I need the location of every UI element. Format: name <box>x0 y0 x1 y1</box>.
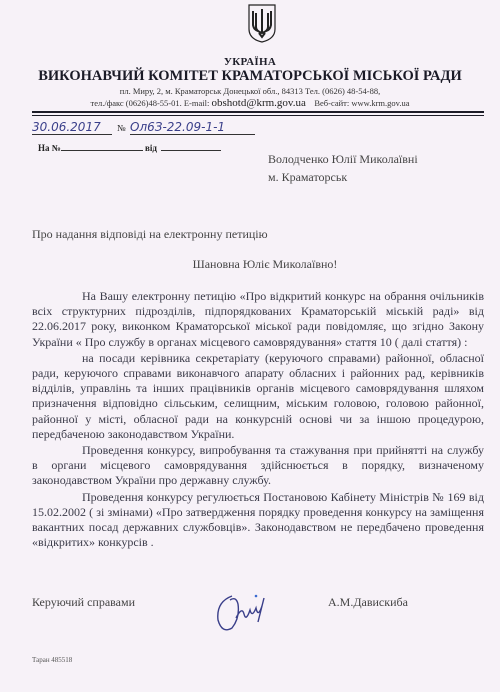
letter-page: УКРАЇНА ВИКОНАВЧИЙ КОМІТЕТ КРАМАТОРСЬКОЇ… <box>0 0 500 692</box>
website-link[interactable]: Веб-сайт: www.krm.gov.ua <box>314 98 409 108</box>
reference-from-label: від <box>145 143 157 153</box>
letter-subject: Про надання відповіді на електронну пети… <box>32 227 268 242</box>
signatory-name: А.М.Давискиба <box>328 595 408 610</box>
executor-note: Таран 485518 <box>32 656 72 664</box>
organization-contacts: тел./факс (0626)48-55-01. E-mail: obshot… <box>0 97 500 109</box>
signatory-title: Керуючий справами <box>32 595 135 610</box>
email-link[interactable]: obshotd@krm.gov.ua <box>212 97 306 109</box>
body-paragraph: Проведення конкурсу, випробування та ста… <box>32 443 484 489</box>
recipient-name: Володченко Юлії Миколаївні <box>268 150 418 168</box>
registration-date: 30.06.2017 <box>32 120 112 135</box>
reference-number-label: На № <box>38 143 61 153</box>
trident-coat-of-arms-icon <box>247 3 277 43</box>
registration-number-label: № <box>117 123 126 133</box>
organization-heading: ВИКОНАВЧИЙ КОМІТЕТ КРАМАТОРСЬКОЇ МІСЬКОЇ… <box>0 68 500 85</box>
reference-line: На № від <box>38 142 221 153</box>
reference-date-blank <box>161 142 221 151</box>
body-paragraph: На Вашу електронну петицію «Про відкрити… <box>32 289 484 350</box>
organization-address: пл. Миру, 2, м. Краматорськ Донецької об… <box>0 86 500 96</box>
registration-number: Ол6З-22.09-1-1 <box>130 120 255 135</box>
body-paragraph: Проведення конкурсу регулюється Постанов… <box>32 490 484 551</box>
header-rule-thick <box>32 111 484 113</box>
reference-number-blank <box>61 142 143 151</box>
recipient-block: Володченко Юлії Миколаївні м. Краматорсь… <box>268 150 418 186</box>
body-paragraph: на посади керівника секретаріату (керуюч… <box>32 351 484 442</box>
letter-body: На Вашу електронну петицію «Про відкрити… <box>32 289 484 550</box>
fax-label: тел./факс (0626)48-55-01. E-mail: <box>90 98 211 108</box>
handwritten-signature-icon <box>210 588 285 638</box>
recipient-city: м. Краматорськ <box>268 168 418 186</box>
country-heading: УКРАЇНА <box>0 56 500 68</box>
letter-greeting: Шановна Юліє Миколаївно! <box>0 257 500 272</box>
header-rule-thin <box>32 115 484 116</box>
